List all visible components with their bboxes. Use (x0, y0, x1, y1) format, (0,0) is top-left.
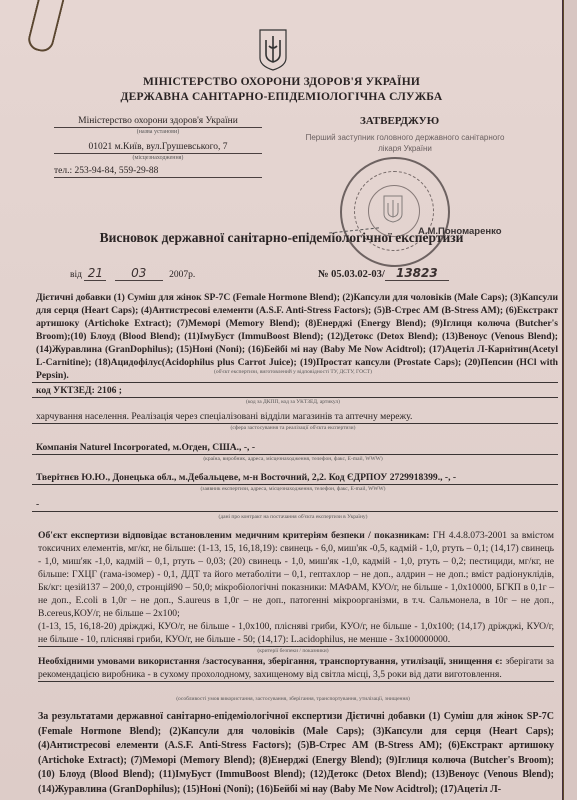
institution-block: Міністерство охорони здоров'я України (н… (54, 116, 262, 135)
background-surface (564, 0, 577, 800)
institution-address-caption: (місцезнаходження) (54, 155, 262, 161)
date-prefix: від (70, 270, 82, 280)
institution-name: Міністерство охорони здоров'я України (54, 116, 262, 128)
number-prefix: № 05.03.02-03/ (318, 269, 385, 280)
approver-position: Перший заступник головного державного са… (300, 132, 510, 154)
number-handwritten: 13823 (385, 266, 449, 281)
contract-caption: (дані про контракт на постачання об'єкта… (32, 514, 554, 521)
institution-address-block: 01021 м.Київ, вул.Грушевського, 7 (місце… (54, 142, 262, 161)
usage-conditions-lead: Необхідними умовами використання /застос… (38, 656, 503, 667)
scope-field: харчування населення. Реалізація через с… (32, 410, 558, 424)
contract-field: - (32, 498, 558, 512)
document-number: № 05.03.02-03/13823 (318, 266, 449, 281)
applicant-field: Тверітнєв Ю.Ю., Донецька обл., м.Дебальц… (32, 471, 558, 485)
safety-criteria-text: ГН 4.4.8.073-2001 за вмістом токсичних е… (38, 530, 554, 619)
date-year: 2007р. (169, 270, 195, 280)
expertise-object-caption: (об'єкт експертизи, виготовлений у відпо… (32, 369, 554, 376)
code-caption: (код за ДКПП, код за УКТЗЕД, артикул) (32, 399, 554, 406)
institution-phone-block: тел.: 253-94-84, 559-29-88 (54, 166, 262, 178)
usage-conditions-caption: (особливості умов використання, застосув… (32, 696, 554, 703)
ministry-header: МІНІСТЕРСТВО ОХОРОНИ ЗДОРОВ'Я УКРАЇНИ (0, 76, 563, 88)
safety-criteria-caption: (критерії безпеки / показники) (32, 648, 554, 655)
approve-label: ЗАТВЕРДЖУЮ (360, 115, 439, 127)
code-field: код УКТЗЕД: 2106 ; (32, 384, 558, 398)
safety-criteria-continued: (1-13, 15, 16,18-20) дріжджі, КУО/г, не … (38, 620, 554, 647)
safety-criteria: Об'єкт експертизи відповідає встановлени… (38, 529, 554, 620)
scope-caption: (сфера застосування та реалізації об'єкт… (32, 425, 554, 432)
manufacturer-caption: (країна, виробник, адреса, місцезнаходже… (32, 456, 554, 463)
coat-of-arms-icon (258, 28, 288, 72)
applicant-caption: (заявник експертизи, адреса, місцезнаход… (32, 486, 554, 493)
safety-criteria-lead: Об'єкт експертизи відповідає встановлени… (38, 530, 429, 541)
document-title: Висновок державної санітарно-епідеміолог… (0, 230, 563, 246)
manufacturer-field: Компанія Naturel Incorporated, м.Огден, … (32, 441, 558, 455)
usage-conditions: Необхідними умовами використання /застос… (38, 655, 554, 682)
expertise-results: За результатами державної санітарно-епід… (38, 710, 554, 797)
date-day: 21 (84, 266, 106, 281)
institution-address: 01021 м.Київ, вул.Грушевського, 7 (54, 142, 262, 154)
stamp-emblem-icon (383, 195, 403, 223)
service-header: ДЕРЖАВНА САНІТАРНО-ЕПІДЕМІОЛОГІЧНА СЛУЖБ… (0, 91, 563, 103)
document-date: від 21 03 2007р. (70, 266, 195, 281)
date-month: 03 (115, 266, 163, 281)
institution-phone: тел.: 253-94-84, 559-29-88 (54, 166, 262, 178)
institution-name-caption: (назва установи) (54, 129, 262, 135)
